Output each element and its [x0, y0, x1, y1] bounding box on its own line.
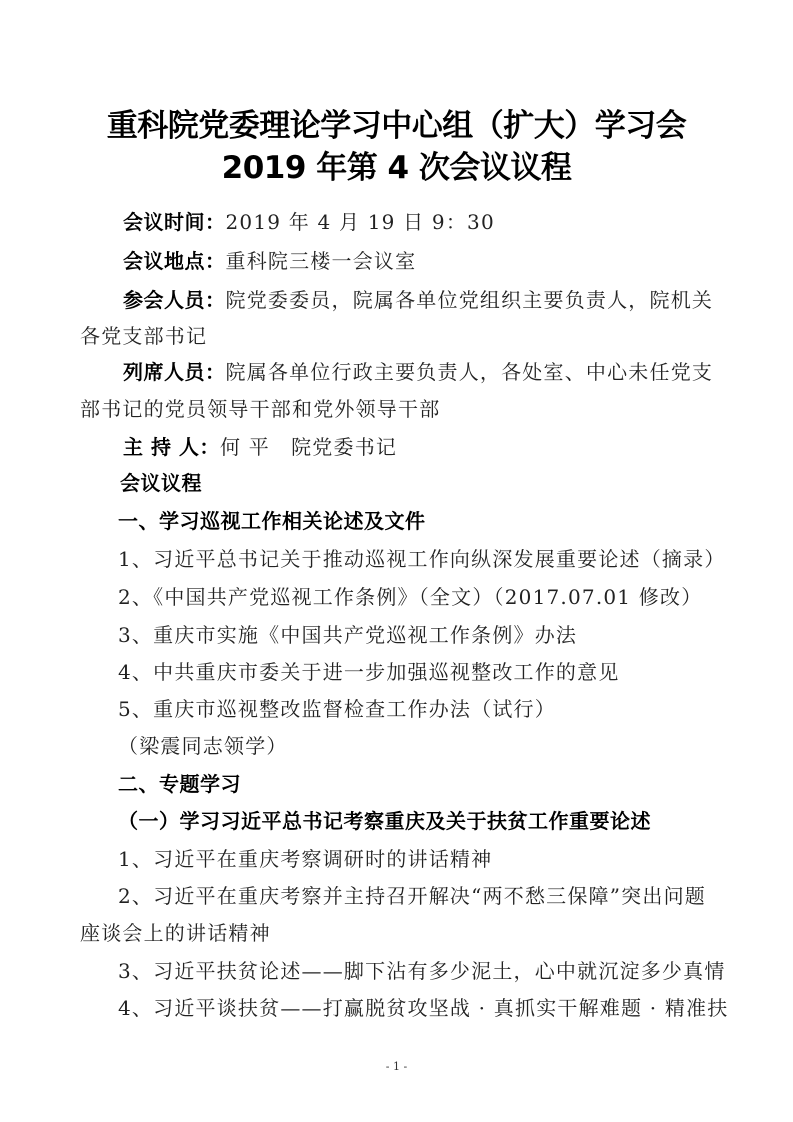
page-number: - 1 -: [0, 1060, 793, 1073]
meeting-place-label: 会议地点：: [123, 249, 226, 273]
section1-item: 4、中共重庆市委关于进一步加强巡视整改工作的意见: [118, 656, 620, 685]
section2-sub1-heading: （一）学习习近平总书记考察重庆及关于扶贫工作重要论述: [118, 805, 651, 834]
host-value: 何 平 院党委书记: [220, 435, 397, 459]
section2-item-continued: 座谈会上的讲话精神: [80, 917, 271, 946]
observers-value: 院属各单位行政主要负责人，各处室、中心未任党支: [226, 360, 714, 384]
attendees-continued: 各党支部书记: [80, 320, 207, 349]
attendees: 参会人员：院党委委员，院属各单位党组织主要负责人，院机关: [123, 284, 713, 313]
section1-heading: 一、学习巡视工作相关论述及文件: [118, 505, 426, 534]
section2-item: 2、习近平在重庆考察并主持召开解决“两不愁三保障”突出问题: [118, 880, 706, 909]
observers-continued: 部书记的党员领导干部和党外领导干部: [80, 393, 440, 422]
host-label: 主 持 人：: [123, 435, 220, 459]
meeting-time: 会议时间：2019 年 4 月 19 日 9：30: [123, 206, 495, 235]
section1-item: 1、习近平总书记关于推动巡视工作向纵深发展重要论述（摘录）: [118, 543, 726, 572]
observers: 列席人员：院属各单位行政主要负责人，各处室、中心未任党支: [123, 356, 713, 385]
host: 主 持 人：何 平 院党委书记: [123, 431, 397, 460]
section2-item: 3、习近平扶贫论述——脚下沾有多少泥土，心中就沉淀多少真情: [118, 955, 726, 984]
section2-heading: 二、专题学习: [118, 768, 241, 797]
section1-item: 2、《中国共产党巡视工作条例》（全文）（2017.07.01 修改）: [118, 581, 702, 610]
section2-item: 4、习近平谈扶贫——打赢脱贫攻坚战 · 真抓实干解难题 · 精准扶: [118, 992, 728, 1021]
meeting-place-value: 重科院三楼一会议室: [226, 249, 417, 273]
section2-item: 1、习近平在重庆考察调研时的讲话精神: [118, 843, 492, 872]
meeting-time-label: 会议时间：: [123, 210, 226, 234]
section1-leader: （梁震同志领学）: [118, 730, 288, 759]
meeting-time-value: 2019 年 4 月 19 日 9：30: [226, 210, 495, 234]
section1-item: 3、重庆市实施《中国共产党巡视工作条例》办法: [118, 619, 577, 648]
document-title-line1: 重科院党委理论学习中心组（扩大）学习会: [0, 100, 793, 145]
section1-item: 5、重庆市巡视整改监督检查工作办法（试行）: [118, 693, 556, 722]
agenda-label: 会议议程: [120, 467, 202, 496]
document-title-line2: 2019 年第 4 次会议议程: [0, 142, 793, 187]
attendees-value: 院党委委员，院属各单位党组织主要负责人，院机关: [226, 288, 714, 312]
attendees-label: 参会人员：: [123, 288, 226, 312]
observers-label: 列席人员：: [123, 360, 226, 384]
meeting-place: 会议地点：重科院三楼一会议室: [123, 245, 416, 274]
